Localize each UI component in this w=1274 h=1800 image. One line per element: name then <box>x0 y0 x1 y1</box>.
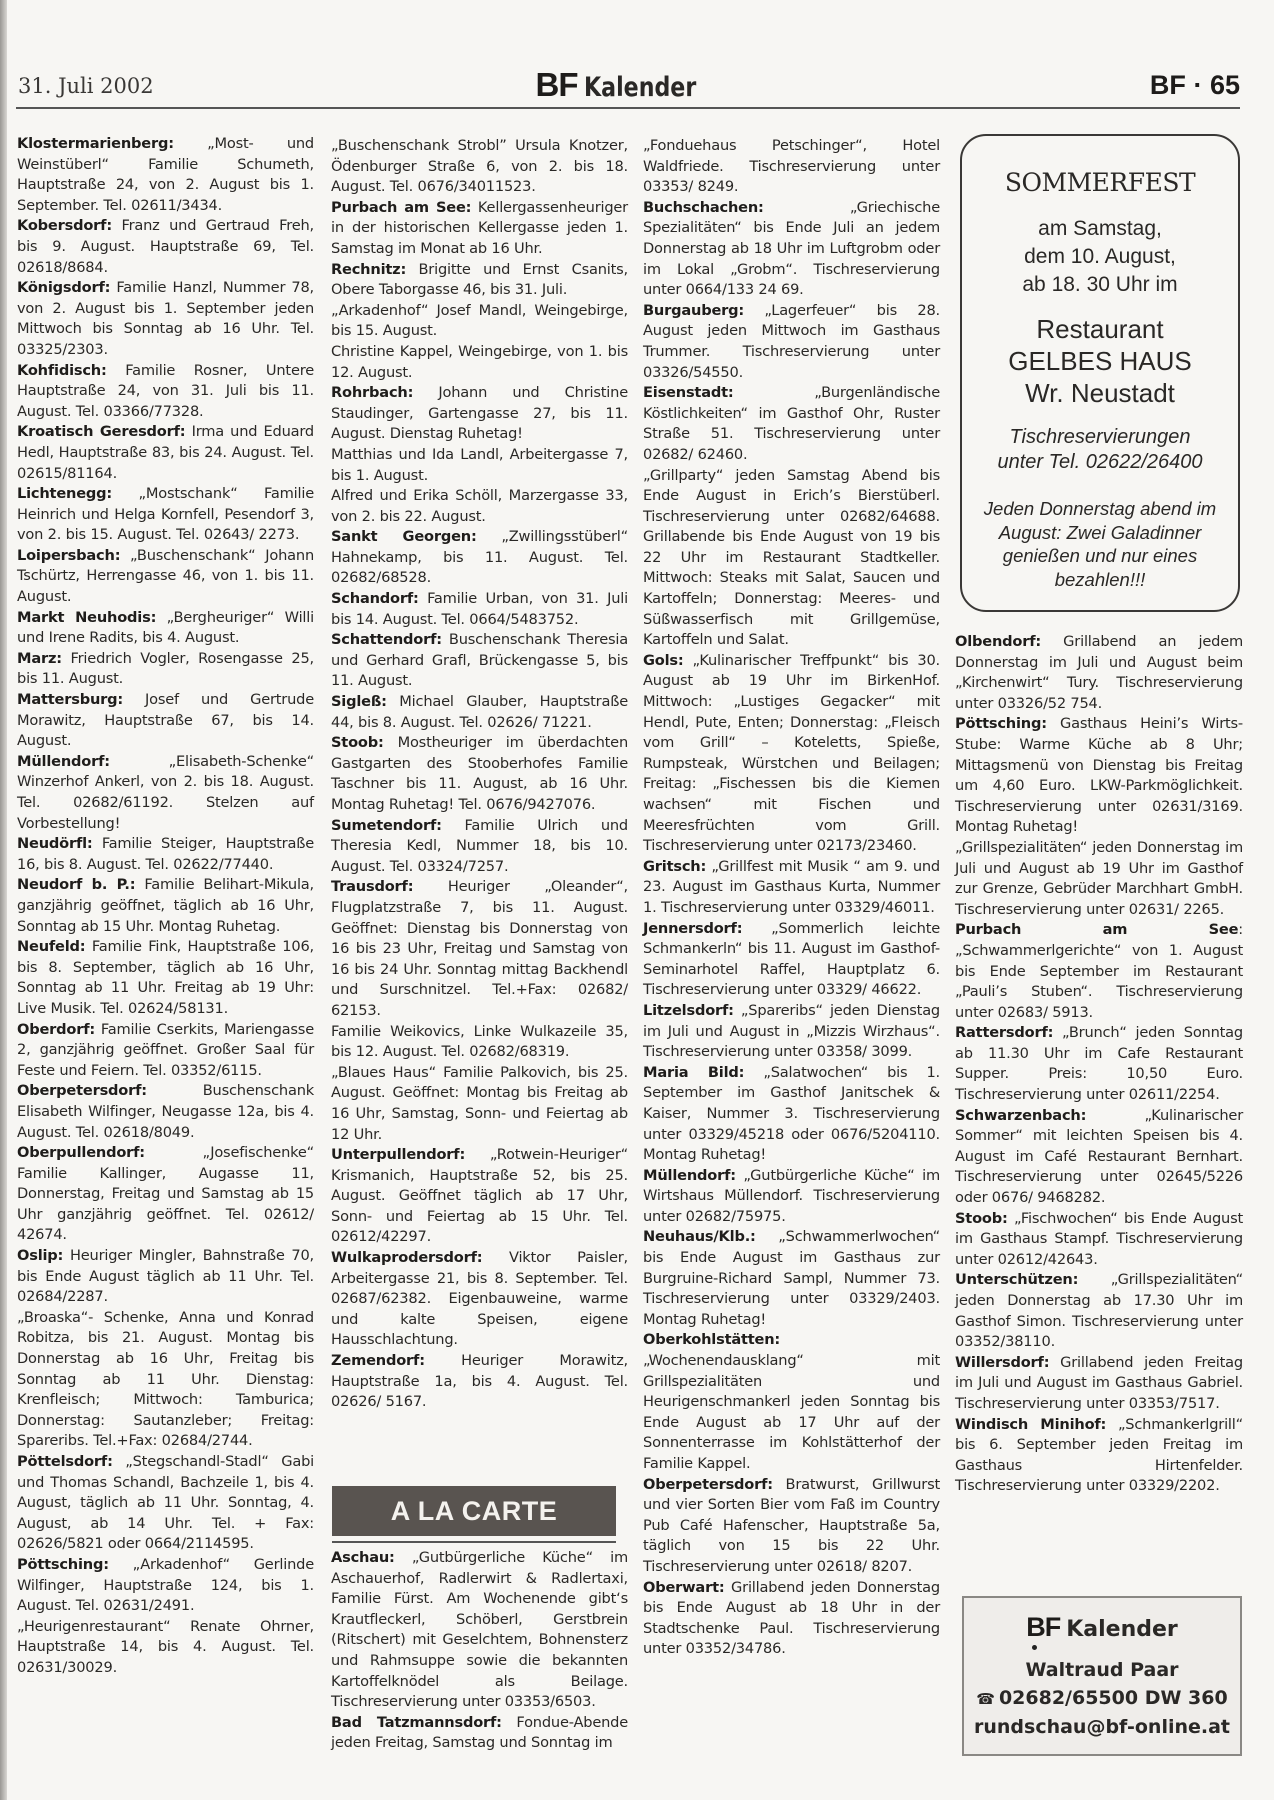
place-name: Mattersburg: <box>17 691 123 708</box>
entry-text: Alfred und Erika Schöll, Marzergasse 33,… <box>331 487 628 525</box>
place-name: Willersdorf: <box>955 1354 1049 1371</box>
listing-entry: Neufeld: Familie Fink, Hauptstraße 106, … <box>17 937 314 1019</box>
header-rule <box>16 107 1240 109</box>
place-name: Bad Tatzmannsdorf: <box>331 1714 502 1731</box>
entry-text: „Kulinarischer Treffpunkt“ bis 30. Augus… <box>643 652 940 854</box>
listing-entry: Oberpullendorf: „Josefischenke“ Familie … <box>17 1143 314 1246</box>
entry-text: „Grillspezialitäten“ jeden Donnerstag im… <box>955 839 1243 918</box>
listing-entry: Loipersbach: „Buschenschank“ Johann Tsch… <box>17 546 314 608</box>
listing-entry: Müllendorf: „Elisabeth-Schenke“ Winzerho… <box>17 752 314 834</box>
section-title-text: Kalender <box>584 72 696 103</box>
ad-reservation-phone: unter Tel. 02622/26400 <box>962 450 1238 475</box>
section-title: BFKalender <box>16 66 1240 104</box>
ad-venue-name: GELBES HAUS <box>962 345 1238 377</box>
listing-entry: „Grillspezialitäten“ jeden Donnerstag im… <box>955 838 1243 920</box>
entry-text: Familie Weikovics, Linke Wulkazeile 35, … <box>331 1023 628 1061</box>
place-name: Markt Neuhodis: <box>17 609 156 626</box>
place-name: Lichtenegg: <box>17 485 112 502</box>
place-name: Sigleß: <box>331 693 387 710</box>
contact-name: Waltraud Paar <box>964 1656 1240 1684</box>
listing-entry: „Blaues Haus“ Familie Palkovich, bis 25.… <box>331 1063 628 1145</box>
listing-entry: Olbendorf: Grillabend an jedem Donnersta… <box>955 632 1243 714</box>
place-name: Unterpullendorf: <box>331 1146 465 1163</box>
bf-logo: BF <box>1026 1612 1060 1642</box>
listing-entry: Eisenstadt: „Burgenländische Köstlichkei… <box>643 383 940 465</box>
listing-entry: Alfred und Erika Schöll, Marzergasse 33,… <box>331 486 628 527</box>
listing-entry: Wulkaprodersdorf: Viktor Paisler, Arbeit… <box>331 1248 628 1351</box>
entry-text: „Gutbürgerliche Küche“ im Aschauerhof, R… <box>331 1549 628 1710</box>
place-name: Oberpullendorf: <box>17 1144 145 1161</box>
listing-entry: Schwarzenbach: „Kulinarischer Sommer“ mi… <box>955 1106 1243 1209</box>
place-name: Neudorf b. P.: <box>17 876 135 893</box>
place-name: Neufeld: <box>17 938 85 955</box>
listing-entry: „Heurigenrestaurant“ Renate Ohrner, Haup… <box>17 1617 314 1679</box>
place-name: Oberkohlstätten: <box>643 1331 780 1348</box>
listing-entry: Rattersdorf: „Brunch“ jeden Sonntag ab 1… <box>955 1023 1243 1105</box>
listing-entry: Oslip: Heuriger Mingler, Bahnstraße 70, … <box>17 1246 314 1308</box>
contact-title-text: Kalender <box>1066 1617 1178 1642</box>
listing-entry: Windisch Minihof: „Schmankerlgrill“ bis … <box>955 1415 1243 1497</box>
listing-entry: Willersdorf: Grillabend jeden Freitag im… <box>955 1353 1243 1415</box>
entry-text: Heuriger „Oleander“, Flugplatzstraße 7, … <box>331 878 628 1019</box>
listing-entry: Sankt Georgen: „Zwillingsstüberl“ Hahnek… <box>331 527 628 589</box>
place-name: Rechnitz: <box>331 261 406 278</box>
entry-text: Friedrich Vogler, Rosengasse 25, bis 11.… <box>17 650 314 688</box>
listing-column-4: Olbendorf: Grillabend an jedem Donnersta… <box>955 632 1243 1497</box>
listing-entry: Matthias und Ida Landl, Arbeitergasse 7,… <box>331 445 628 486</box>
place-name: Wulkaprodersdorf: <box>331 1249 482 1266</box>
listing-entry: Klostermarienberg: „Most- und Weinstüber… <box>17 134 314 216</box>
sommerfest-ad: SOMMERFEST am Samstag, dem 10. August, a… <box>960 134 1240 612</box>
contact-phone-number: 02682/65500 DW 360 <box>999 1687 1228 1709</box>
entry-text: Matthias und Ida Landl, Arbeitergasse 7,… <box>331 446 628 484</box>
listing-entry: Bad Tatzmannsdorf: Fondue-Abende jeden F… <box>331 1713 628 1754</box>
listing-entry: Königsdorf: Familie Hanzl, Nummer 78, vo… <box>17 278 314 360</box>
listing-entry: Kobersdorf: Franz und Gertraud Freh, bis… <box>17 216 314 278</box>
place-name: Olbendorf: <box>955 633 1041 650</box>
place-name: Kroatisch Geresdorf: <box>17 423 185 440</box>
place-name: Buchschachen: <box>643 199 764 216</box>
listing-entry: Trausdorf: Heuriger „Oleander“, Flugplat… <box>331 877 628 1021</box>
place-name: Neudörfl: <box>17 835 93 852</box>
place-name: Aschau: <box>331 1549 395 1566</box>
entry-text: „Broaska“- Schenke, Anna und Konrad Robi… <box>17 1309 314 1450</box>
listing-entry: Maria Bild: „Salatwochen“ bis 1. Septemb… <box>643 1063 940 1166</box>
contact-email[interactable]: rundschau@bf-online.at <box>964 1713 1240 1741</box>
place-name: Pöttelsdorf: <box>17 1453 113 1470</box>
listing-entry: Stoob: Mostheuriger im überdachten Gastg… <box>331 733 628 815</box>
listing-entry: „Grillparty“ jeden Samstag Abend bis End… <box>643 466 940 651</box>
listing-entry: Stoob: „Fischwochen“ bis Ende August im … <box>955 1209 1243 1271</box>
listing-entry: Zemendorf: Heuriger Morawitz, Hauptstraß… <box>331 1351 628 1413</box>
entry-text: „Grillparty“ jeden Samstag Abend bis End… <box>643 467 940 649</box>
listing-entry: Neuhaus/Klb.: „Schwammerlwochen“ bis End… <box>643 1227 940 1330</box>
place-name: Rattersdorf: <box>955 1024 1053 1041</box>
place-name: Purbach am See: <box>331 199 471 216</box>
listing-entry: Sumetendorf: Familie Ulrich und Theresia… <box>331 816 628 878</box>
listing-entry: Pöttsching: Gasthaus Heini’s Wirts-Stube… <box>955 714 1243 838</box>
listing-entry: Rechnitz: Brigitte und Ernst Csanits, Ob… <box>331 260 628 301</box>
place-name: Stoob: <box>955 1210 1008 1227</box>
listing-column-2: „Buschenschank Strobl” Ursula Knotzer, Ö… <box>331 136 628 1413</box>
listing-entry: Aschau: „Gutbürgerliche Küche“ im Aschau… <box>331 1548 628 1713</box>
place-name: Stoob: <box>331 734 384 751</box>
place-name: Müllendorf: <box>17 753 110 770</box>
bf-logo: BF <box>536 66 578 103</box>
place-name: Rohrbach: <box>331 384 413 401</box>
listing-entry: Mattersburg: Josef und Gertrude Morawitz… <box>17 690 314 752</box>
place-name: Pöttsching: <box>955 715 1047 732</box>
place-name: Litzelsdorf: <box>643 1002 734 1019</box>
ad-time: ab 18. 30 Uhr im <box>962 271 1238 299</box>
page-separator: · <box>1193 70 1202 100</box>
listing-entry: Pöttelsdorf: „Stegschandl-Stadl“ Gabi un… <box>17 1452 314 1555</box>
place-name: Neuhaus/Klb.: <box>643 1228 756 1245</box>
listing-entry: Kohfidisch: Familie Rosner, Untere Haupt… <box>17 361 314 423</box>
listing-entry: Buchschachen: „Griechische Spezialitäten… <box>643 198 940 301</box>
listing-entry: „Fonduehaus Petschinger“, Hotel Waldfrie… <box>643 136 940 198</box>
ad-venue-type: Restaurant <box>962 313 1238 345</box>
listing-entry: Oberdorf: Familie Cserkits, Mariengasse … <box>17 1020 314 1082</box>
place-name: Müllendorf: <box>643 1167 736 1184</box>
listing-entry: Kroatisch Geresdorf: Irma und Eduard Hed… <box>17 422 314 484</box>
place-name: Purbach am See <box>955 921 1238 938</box>
listing-entry: Christine Kappel, Weingebirge, von 1. bi… <box>331 342 628 383</box>
place-name: Sumetendorf: <box>331 817 442 834</box>
place-name: Oberwart: <box>643 1579 725 1596</box>
listing-entry: Unterschützen: „Grillspezialitäten“ jede… <box>955 1270 1243 1352</box>
contact-title: BFKalender <box>964 1612 1240 1643</box>
listing-entry: Purbach am See: „Schwammerlgerichte“ von… <box>955 920 1243 1023</box>
place-name: Windisch Minihof: <box>955 1416 1106 1433</box>
listing-entry: Schandorf: Familie Urban, von 31. Juli b… <box>331 589 628 630</box>
entry-text: Christine Kappel, Weingebirge, von 1. bi… <box>331 343 628 381</box>
listing-column-3: „Fonduehaus Petschinger“, Hotel Waldfrie… <box>643 136 940 1660</box>
decorative-dot <box>1032 1645 1037 1650</box>
listing-entry: Oberkohlstätten: „Wochenendausklang“ mit… <box>643 1330 940 1474</box>
entry-text: Gasthaus Heini’s Wirts-Stube: Warme Küch… <box>955 715 1243 835</box>
page-number-block: BF · 65 <box>1150 70 1240 101</box>
listing-entry: Gritsch: „Grillfest mit Musik “ am 9. un… <box>643 857 940 919</box>
place-name: Gols: <box>643 652 684 669</box>
page-spine-shadow <box>0 0 7 1800</box>
entry-text: „Heurigenrestaurant“ Renate Ohrner, Haup… <box>17 1618 314 1676</box>
listing-entry: Rohrbach: Johann und Christine Staudinge… <box>331 383 628 445</box>
listing-entry: Sigleß: Michael Glauber, Hauptstraße 44,… <box>331 692 628 733</box>
listing-entry: Purbach am See: Kellergassenheuriger in … <box>331 198 628 260</box>
listing-entry: Pöttsching: „Arkadenhof“ Gerlinde Wilfin… <box>17 1555 314 1617</box>
page-brand: BF <box>1150 70 1186 100</box>
place-name: Jennersdorf: <box>643 920 742 937</box>
listing-entry: Neudorf b. P.: Familie Belihart-Mikula, … <box>17 875 314 937</box>
page-number: 65 <box>1210 70 1240 100</box>
listing-entry: Oberpetersdorf: Bratwurst, Grillwurst un… <box>643 1475 940 1578</box>
ad-offer: Jeden Donnerstag abend im August: Zwei G… <box>962 497 1238 591</box>
listing-entry: Jennersdorf: „Sommerlich leichte Schmank… <box>643 919 940 1001</box>
place-name: Burgauberg: <box>643 302 744 319</box>
listing-entry: Schattendorf: Buschenschank Theresia und… <box>331 630 628 692</box>
place-name: Schwarzenbach: <box>955 1107 1086 1124</box>
ad-date: dem 10. August, <box>962 243 1238 271</box>
ad-venue-city: Wr. Neustadt <box>962 377 1238 409</box>
listing-entry: „Buschenschank Strobl” Ursula Knotzer, Ö… <box>331 136 628 198</box>
place-name: Gritsch: <box>643 858 706 875</box>
listing-entry: Lichtenegg: „Mostschank“ Familie Heinric… <box>17 484 314 546</box>
listing-entry: Burgauberg: „Lagerfeuer“ bis 28. August … <box>643 301 940 383</box>
place-name: Klostermarienberg: <box>17 135 174 152</box>
listing-entry: Marz: Friedrich Vogler, Rosengasse 25, b… <box>17 649 314 690</box>
place-name: Oberpetersdorf: <box>17 1082 147 1099</box>
ad-day: am Samstag, <box>962 215 1238 243</box>
listing-entry: Markt Neuhodis: „Bergheuriger“ Willi und… <box>17 608 314 649</box>
place-name: Trausdorf: <box>331 878 413 895</box>
listing-entry: Oberwart: Grillabend jeden Donnerstag bi… <box>643 1578 940 1660</box>
place-name: Maria Bild: <box>643 1064 744 1081</box>
place-name: Oberpetersdorf: <box>643 1476 773 1493</box>
a-la-carte-heading: A LA CARTE <box>332 1486 616 1536</box>
place-name: Loipersbach: <box>17 547 120 564</box>
place-name: Kohfidisch: <box>17 362 107 379</box>
place-name: Unterschützen: <box>955 1271 1078 1288</box>
listing-entry: Litzelsdorf: „Spareribs“ jeden Dienstag … <box>643 1001 940 1063</box>
contact-box: BFKalender Waltraud Paar ☎02682/65500 DW… <box>962 1596 1242 1756</box>
place-name: Eisenstadt: <box>643 384 734 401</box>
a-la-carte-column: Aschau: „Gutbürgerliche Küche“ im Aschau… <box>331 1548 628 1754</box>
place-name: Königsdorf: <box>17 279 110 296</box>
contact-phone: ☎02682/65500 DW 360 <box>964 1684 1240 1713</box>
listing-entry: „Broaska“- Schenke, Anna und Konrad Robi… <box>17 1308 314 1452</box>
place-name: Pöttsching: <box>17 1556 109 1573</box>
entry-text: „Fonduehaus Petschinger“, Hotel Waldfrie… <box>643 137 940 195</box>
listing-entry: Unterpullendorf: „Rotwein-Heuriger“ Kris… <box>331 1145 628 1248</box>
entry-text: „Blaues Haus“ Familie Palkovich, bis 25.… <box>331 1064 628 1143</box>
listing-entry: Gols: „Kulinarischer Treffpunkt“ bis 30.… <box>643 651 940 857</box>
listing-column-1: Klostermarienberg: „Most- und Weinstüber… <box>17 134 314 1679</box>
listing-entry: Oberpetersdorf: Buschenschank Elisabeth … <box>17 1081 314 1143</box>
entry-text: „Buschenschank Strobl” Ursula Knotzer, Ö… <box>331 137 628 195</box>
listing-entry: Familie Weikovics, Linke Wulkazeile 35, … <box>331 1022 628 1063</box>
ad-title: SOMMERFEST <box>962 168 1238 197</box>
place-name: Sankt Georgen: <box>331 528 477 545</box>
phone-icon: ☎ <box>976 1690 995 1708</box>
listing-entry: Neudörfl: Familie Steiger, Hauptstraße 1… <box>17 834 314 875</box>
a-la-carte-rule <box>332 1541 616 1543</box>
place-name: Zemendorf: <box>331 1352 425 1369</box>
place-name: Schandorf: <box>331 590 419 607</box>
place-name: Schattendorf: <box>331 631 442 648</box>
ad-reservation-label: Tischreservierungen <box>962 425 1238 450</box>
place-name: Oslip: <box>17 1247 63 1264</box>
place-name: Kobersdorf: <box>17 217 112 234</box>
listing-entry: Müllendorf: „Gutbürgerliche Küche“ im Wi… <box>643 1166 940 1228</box>
entry-text: „Wochenendausklang“ mit Grillspezialität… <box>643 1352 940 1472</box>
place-name: Oberdorf: <box>17 1021 95 1038</box>
entry-text: „Arkadenhof“ Josef Mandl, Weingebirge, b… <box>331 302 628 340</box>
page-header: 31. Juli 2002 BFKalender BF · 65 <box>16 60 1240 108</box>
place-name: Marz: <box>17 650 62 667</box>
listing-entry: „Arkadenhof“ Josef Mandl, Weingebirge, b… <box>331 301 628 342</box>
